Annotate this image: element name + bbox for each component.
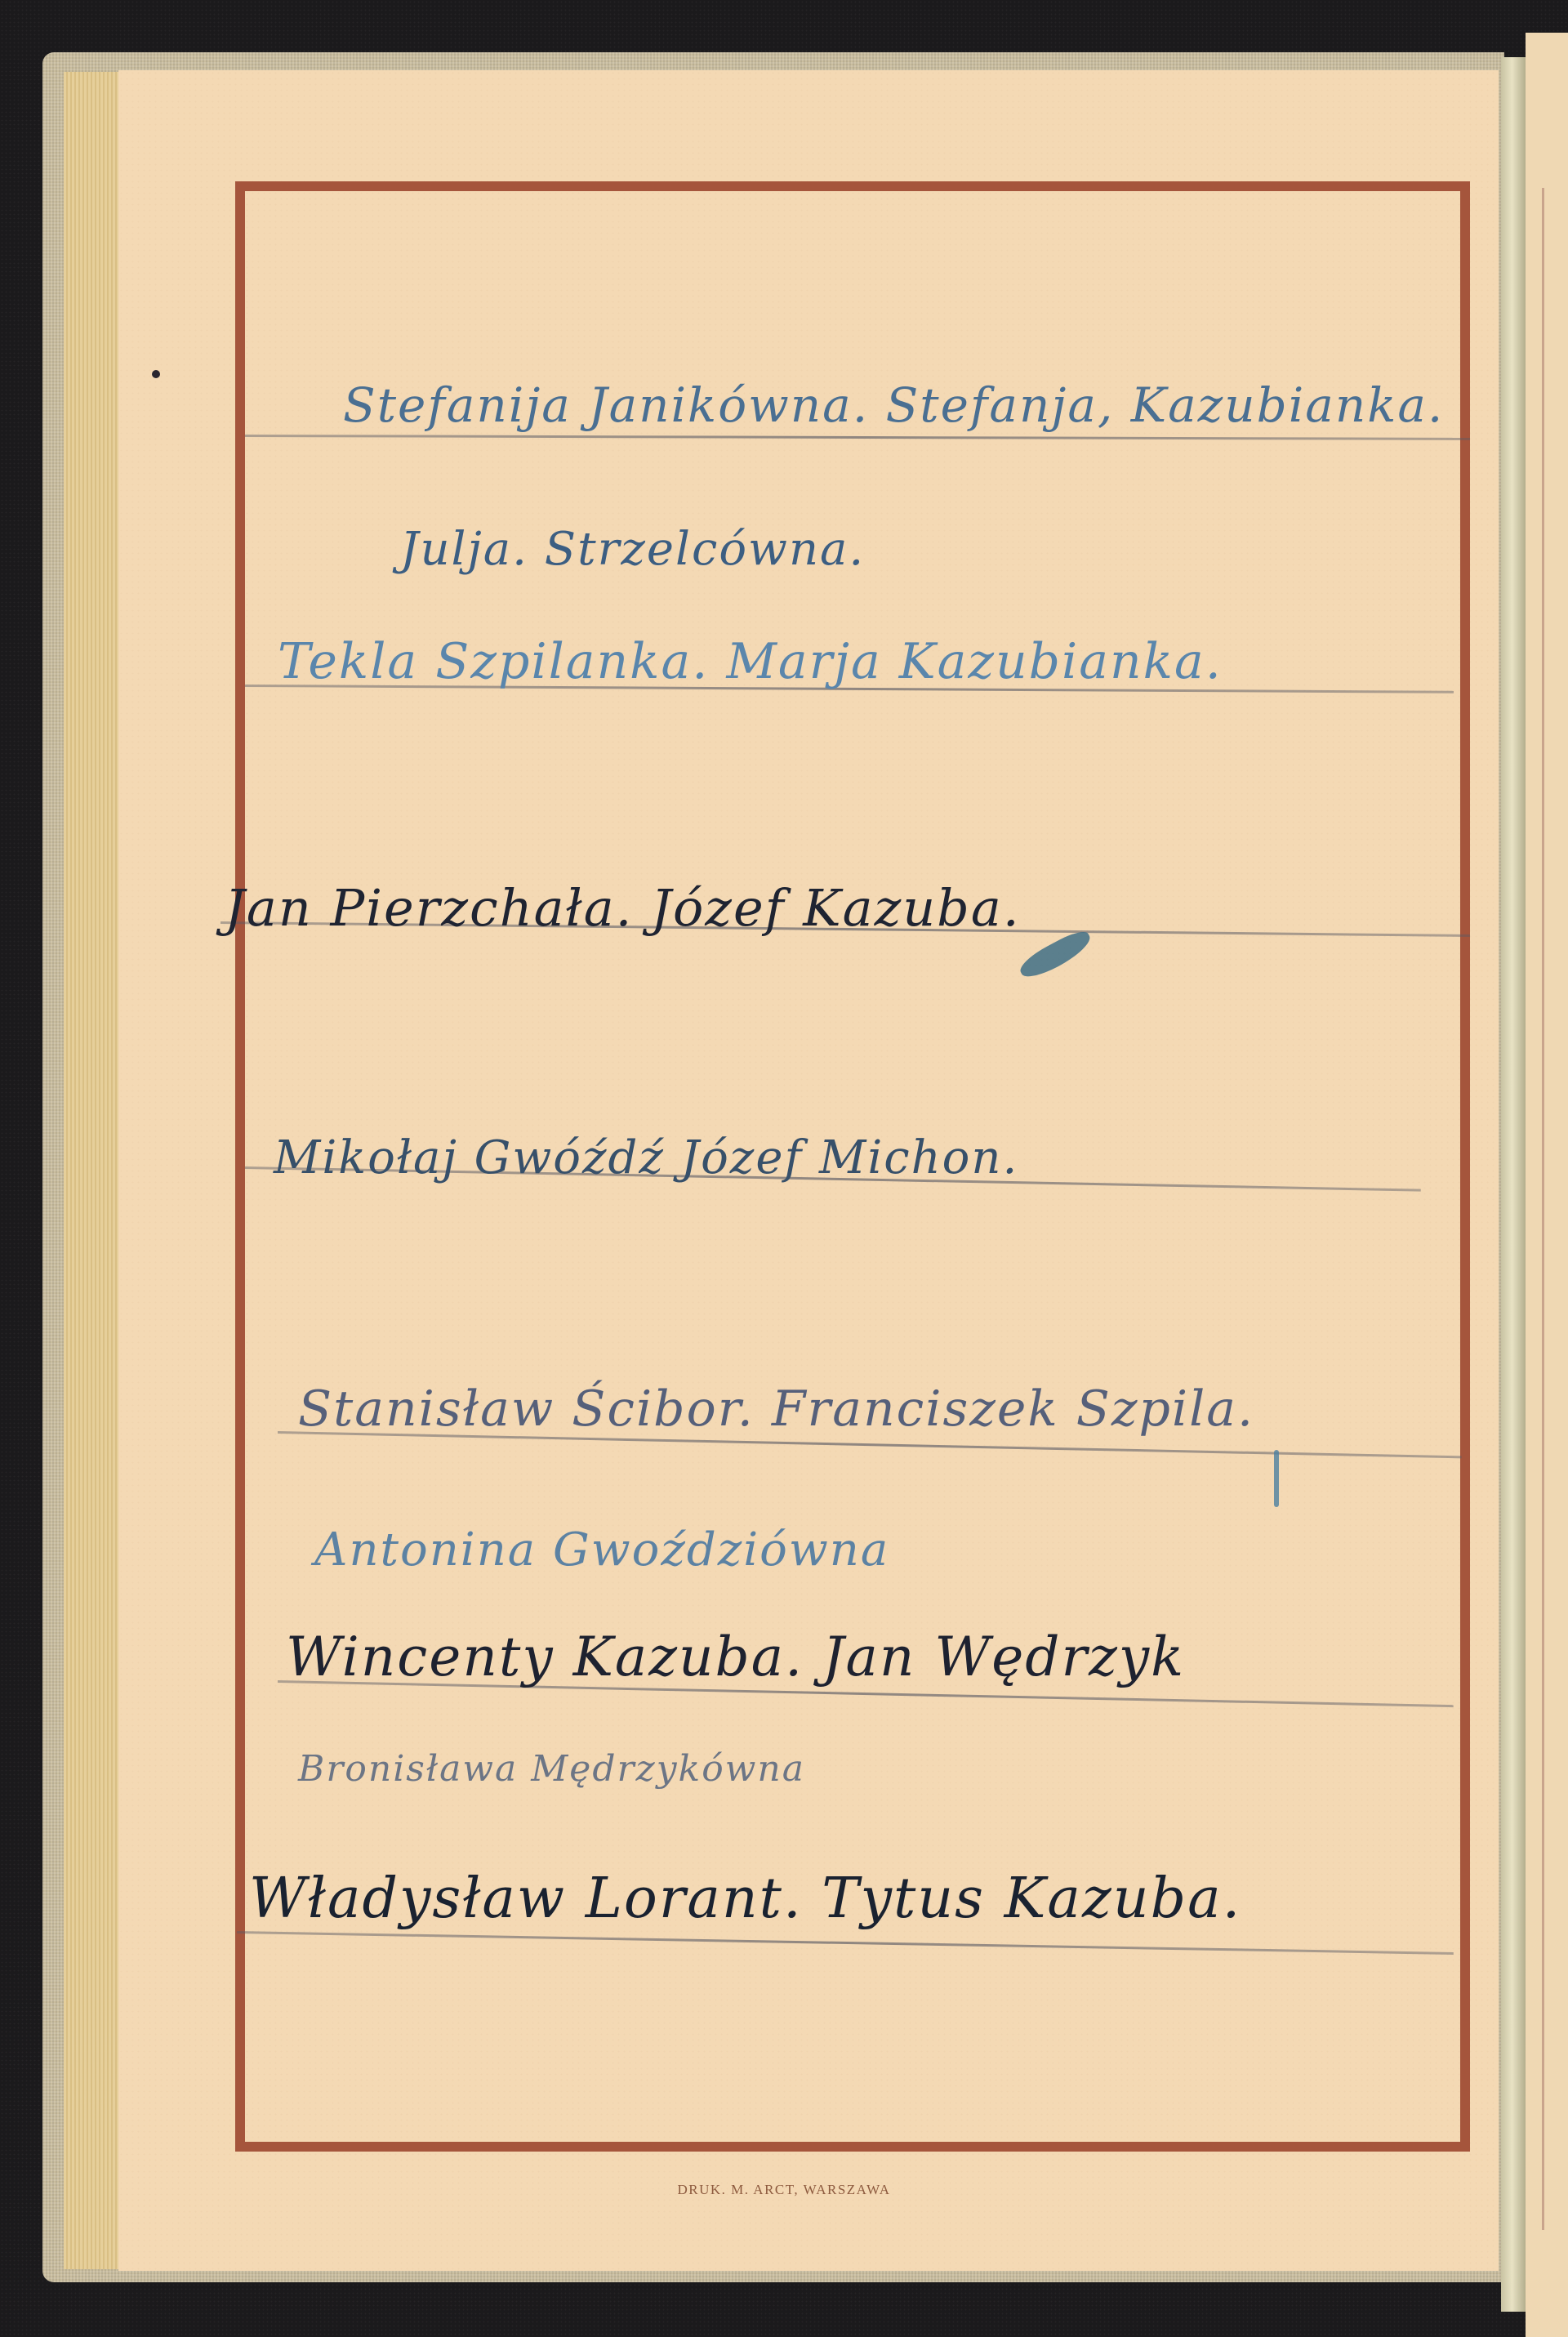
signature-row-8: Wincenty Kazuba. Jan Wędrzyk [286,1626,1185,1688]
signature-row-9: Bronisława Mędrzykówna [298,1748,805,1790]
facing-page-edge [1526,33,1568,2337]
signature-row-4: Jan Pierzchała. Józef Kazuba. [225,878,1021,938]
printer-imprint: DRUK. M. ARCT, WARSZAWA [0,2182,1568,2198]
signature-row-5: Mikołaj Gwóźdź Józef Michon. [274,1131,1018,1184]
signature-row-10: Władysław Lorant. Tytus Kazuba. [249,1866,1241,1931]
signature-row-7: Antonina Gwoździówna [314,1523,889,1577]
signature-row-3: Tekla Szpilanka. Marja Kazubianka. [278,633,1223,690]
signature-row-1: Stefanija Janikówna. Stefanja, Kazubiank… [343,377,1444,433]
signature-row-2: Julja. Strzelcówna. [400,523,865,576]
book-gutter [1501,57,1526,2312]
page-edges [64,72,121,2269]
ink-dot [152,370,160,378]
signature-row-6: Stanisław Ścibor. Franciszek Szpila. [298,1380,1254,1438]
ink-drip [1274,1450,1279,1507]
